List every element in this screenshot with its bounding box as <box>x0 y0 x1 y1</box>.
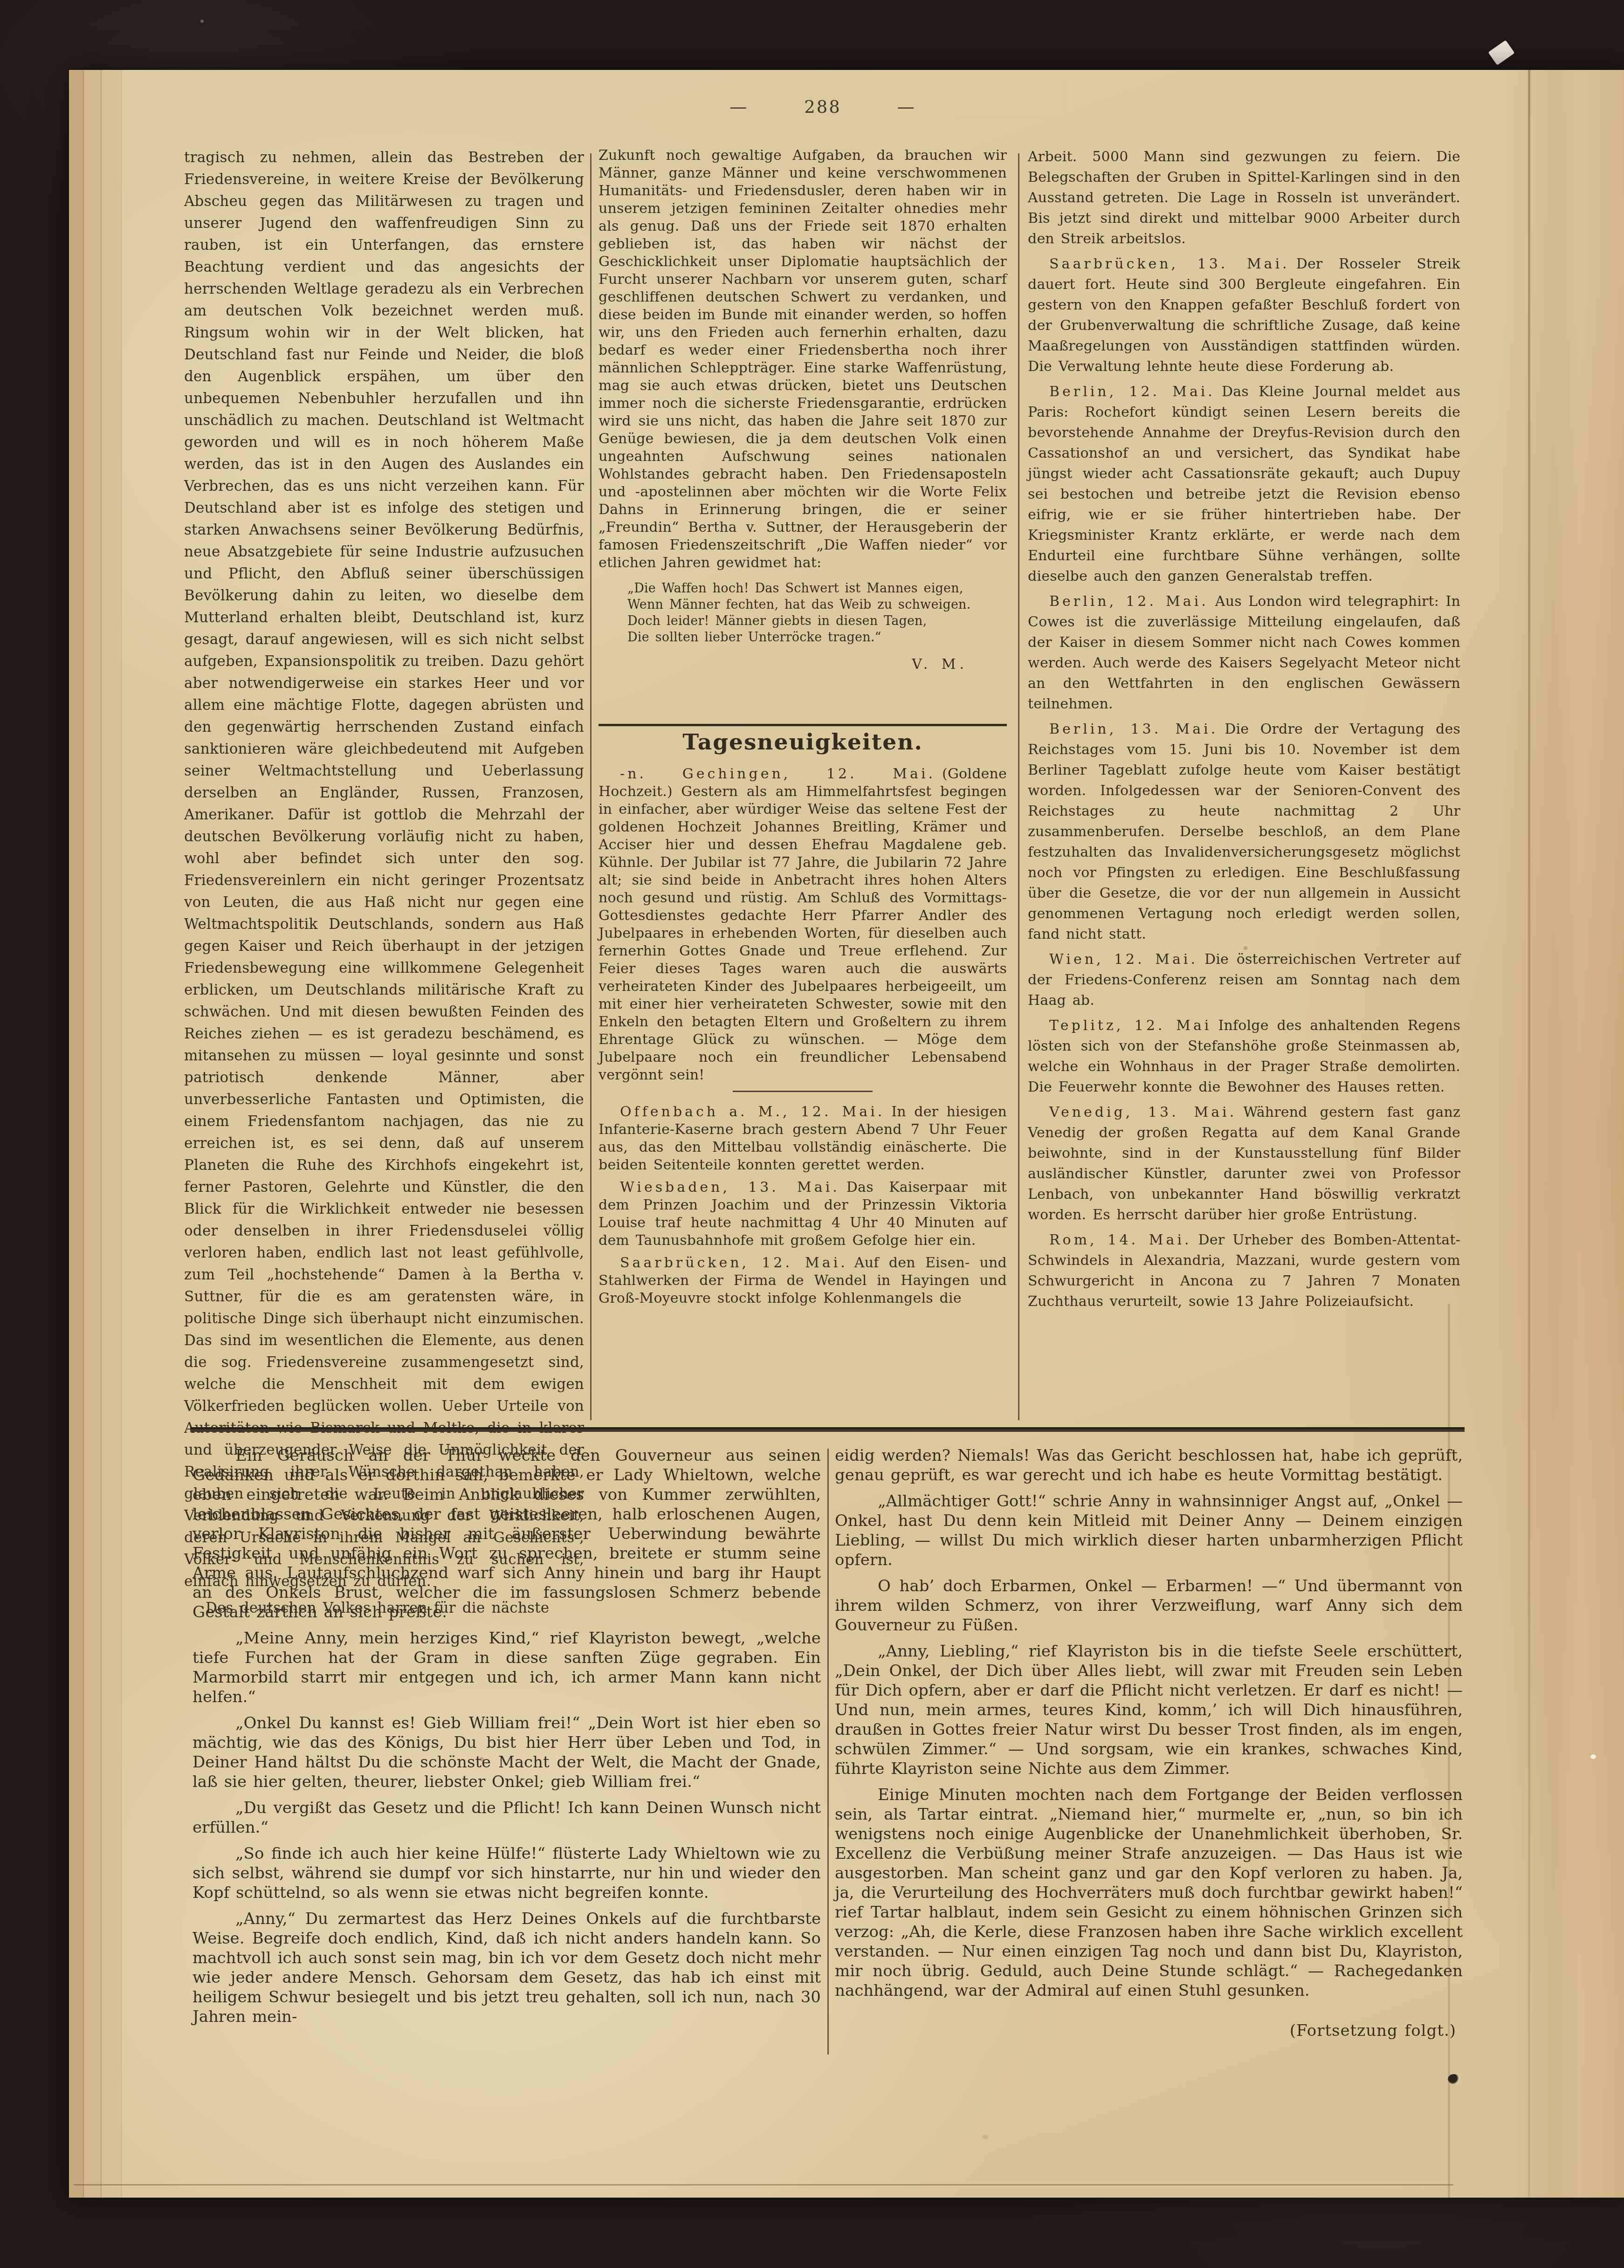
author-initials: V. M. <box>599 656 1007 674</box>
news-item: Berlin, 12. Mai.Aus London wird telegrap… <box>1028 591 1460 715</box>
novel-paragraph: eidig werden? Niemals! Was das Gericht b… <box>835 1446 1463 1485</box>
news-column-3: Arbeit. 5000 Mann sind gezwungen zu feie… <box>1028 147 1460 1428</box>
news-text: Die Ordre der Vertagung des Reichstages … <box>1028 721 1460 942</box>
column-divider <box>1018 153 1019 1420</box>
news-section: tragisch zu nehmen, allein das Bestreben… <box>184 147 1461 1428</box>
article-paragraph: tragisch zu nehmen, allein das Bestreben… <box>184 147 584 1593</box>
continuation-note: (Fortsetzung folgt.) <box>835 2021 1463 2041</box>
news-item: Venedig, 13. Mai.Während gestern fast ga… <box>1028 1102 1460 1225</box>
feuilleton-column-divider <box>827 1449 829 2055</box>
news-item: -n. Gechingen, 12. Mai.(Goldene Hochzeit… <box>599 765 1007 1084</box>
novel-paragraph: „Anny,“ Du zermartest das Herz Deines On… <box>193 1909 821 2027</box>
book-page-edge <box>84 70 102 2198</box>
section-title: Tagesneuigkeiten. <box>599 734 1007 751</box>
news-item: Berlin, 13. Mai.Die Ordre der Vertagung … <box>1028 719 1460 945</box>
feuilleton-column-left: Ein Geräusch an der Thür weckte den Gouv… <box>193 1446 821 2033</box>
news-dateline: Rom, 14. Mai. <box>1049 1232 1192 1248</box>
news-dateline: Teplitz, 12. Mai <box>1049 1017 1211 1034</box>
news-text: Das Kleine Journal meldet aus Paris: Roc… <box>1028 384 1460 584</box>
page-number-dash-left: — <box>729 97 748 117</box>
article-paragraph: Zukunft noch gewaltige Aufgaben, da brau… <box>599 147 1007 572</box>
paper-fleck <box>1590 1754 1596 1759</box>
poem-line: Wenn Männer fechten, hat das Weib zu sch… <box>627 597 1007 613</box>
lead-article-column-1: tragisch zu nehmen, allein das Bestreben… <box>184 147 584 1428</box>
column-divider <box>590 153 592 1420</box>
novel-paragraph: „Allmächtiger Gott!“ schrie Anny in wahn… <box>835 1491 1463 1570</box>
poem-line: Doch leider! Männer giebts in diesen Tag… <box>627 613 1007 629</box>
binding-gutter-shadow <box>1498 70 1624 2198</box>
news-dateline: Berlin, 12. Mai. <box>1049 593 1209 610</box>
novel-paragraph: O hab’ doch Erbarmen, Onkel — Erbarmen! … <box>835 1576 1463 1635</box>
newspaper-page: — 288 — tragisch zu nehmen, allein das B… <box>69 70 1624 2198</box>
news-dateline: Berlin, 12. Mai. <box>1049 384 1215 400</box>
news-item: Wiesbaden, 13. Mai.Das Kaiserpaar mit de… <box>599 1179 1007 1250</box>
news-dateline: -n. Gechingen, 12. Mai. <box>620 766 936 782</box>
lead-article-column-2: Zukunft noch gewaltige Aufgaben, da brau… <box>599 147 1007 1428</box>
poem-line: „Die Waffen hoch! Das Schwert ist Mannes… <box>627 580 1007 597</box>
page-number-value: 288 <box>804 97 841 117</box>
news-dateline: Berlin, 13. Mai. <box>1049 721 1218 737</box>
poem-block: „Die Waffen hoch! Das Schwert ist Mannes… <box>627 580 1007 646</box>
news-text: Aus London wird telegraphirt: In Cowes i… <box>1028 593 1460 712</box>
novel-paragraph: „Meine Anny, mein herziges Kind,“ rief K… <box>193 1629 821 1707</box>
news-dateline: Wien, 12. Mai. <box>1049 951 1198 968</box>
gutter-crease <box>1528 70 1530 2198</box>
feuilleton-column-right: eidig werden? Niemals! Was das Gericht b… <box>835 1446 1463 2047</box>
page-number-dash-right: — <box>897 97 916 117</box>
news-item: Teplitz, 12. MaiInfolge des anhaltenden … <box>1028 1016 1460 1098</box>
novel-paragraph: „Anny, Liebling,“ rief Klayriston bis in… <box>835 1642 1463 1779</box>
news-dateline: Saarbrücken, 13. Mai. <box>1049 256 1290 272</box>
section-rule <box>599 724 1007 726</box>
novel-paragraph: „Du vergißt das Gesetz und die Pflicht! … <box>193 1798 821 1837</box>
page-number: — 288 — <box>184 97 1461 117</box>
news-dateline: Venedig, 13. Mai. <box>1049 1104 1237 1120</box>
news-dateline: Wiesbaden, 13. Mai. <box>620 1179 840 1196</box>
feuilleton-section: Ein Geräusch an der Thür weckte den Gouv… <box>193 1446 1463 2159</box>
news-item: Offenbach a. M., 12. Mai.In der hiesigen… <box>599 1103 1007 1174</box>
novel-paragraph: „So finde ich auch hier keine Hülfe!“ fl… <box>193 1844 821 1903</box>
news-text: (Goldene Hochzeit.) Gestern als am Himme… <box>599 766 1007 1083</box>
poem-line: Die sollten lieber Unterröcke tragen.“ <box>627 629 1007 646</box>
novel-paragraph: Ein Geräusch an der Thür weckte den Gouv… <box>193 1446 821 1622</box>
news-item: Saarbrücken, 13. Mai.Der Rosseler Streik… <box>1028 254 1460 377</box>
news-item-continuation: Arbeit. 5000 Mann sind gezwungen zu feie… <box>1028 147 1460 249</box>
news-text: Während gestern fast ganz Venedig der gr… <box>1028 1104 1460 1223</box>
book-page-edge <box>102 70 122 2198</box>
news-text: Der Rosseler Streik dauert fort. Heute s… <box>1028 256 1460 375</box>
scanned-newspaper-photo: { "page": { "number": "288", "dash": "—"… <box>0 0 1624 2268</box>
feuilleton-divider-rule <box>190 1427 1465 1432</box>
news-item: Wien, 12. Mai.Die österreichischen Vertr… <box>1028 949 1460 1011</box>
book-page-edge <box>69 70 84 2198</box>
bottom-fold-line <box>74 2184 1453 2186</box>
news-item: Berlin, 12. Mai.Das Kleine Journal melde… <box>1028 382 1460 587</box>
novel-paragraph: „Onkel Du kannst es! Gieb William frei!“… <box>193 1713 821 1792</box>
news-dateline: Saarbrücken, 12. Mai. <box>620 1255 848 1271</box>
novel-paragraph: Einige Minuten mochten nach dem Fortgang… <box>835 1785 1463 2000</box>
dust-speck <box>200 20 204 23</box>
news-dateline: Offenbach a. M., 12. Mai. <box>620 1104 885 1120</box>
item-divider-rule <box>733 1091 873 1092</box>
news-item: Rom, 14. Mai.Der Urheber des Bomben-Atte… <box>1028 1230 1460 1312</box>
news-item: Saarbrücken, 12. Mai.Auf den Eisen- und … <box>599 1254 1007 1307</box>
